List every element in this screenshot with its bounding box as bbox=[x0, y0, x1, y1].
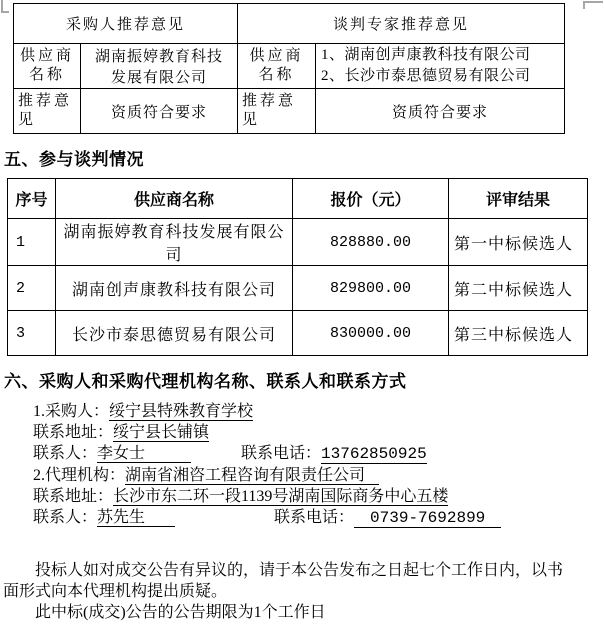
expert-recommended-suppliers: 1、湖南创声康教科技有限公司 2、长沙市泰思德贸易有限公司 bbox=[316, 44, 565, 89]
recommendation-opinion-label: 推荐意见 bbox=[14, 89, 81, 134]
purchaser-phone-value: 13762850925 bbox=[321, 445, 427, 464]
expert-opinion-value: 资质符合要求 bbox=[316, 89, 565, 134]
row-supplier: 湖南创声康教科技有限公司 bbox=[56, 266, 293, 311]
agency-contact-label: 联系人： bbox=[33, 509, 97, 526]
purchaser-recommendation-header: 采购人推荐意见 bbox=[14, 4, 238, 44]
col-header-no: 序号 bbox=[8, 179, 56, 219]
agency-name-value: 湖南省湘咨工程咨询有限责任公司 bbox=[125, 467, 379, 485]
row-result: 第三中标候选人 bbox=[449, 311, 588, 356]
purchaser-address-value: 绥宁县长铺镇 bbox=[113, 424, 209, 442]
agency-contact-value: 苏先生 bbox=[97, 509, 175, 527]
row-price: 830000.00 bbox=[293, 311, 449, 356]
table-row: 2 湖南创声康教科技有限公司 829800.00 第二中标候选人 bbox=[8, 266, 588, 311]
purchaser-name-line: 1.采购人：绥宁县特殊教育学校 bbox=[33, 401, 604, 422]
purchaser-opinion-value: 资质符合要求 bbox=[81, 89, 238, 134]
row-no: 1 bbox=[8, 219, 56, 266]
supplier-name-label: 供应商名称 bbox=[14, 44, 81, 89]
page-corner-mark-left bbox=[1, 0, 9, 13]
recommendation-opinion-label: 推荐意见 bbox=[238, 89, 316, 134]
objection-notice-line2: 面形式向本代理机构提出质疑。 bbox=[3, 581, 604, 602]
purchaser-address-label: 联系地址： bbox=[33, 424, 113, 441]
agency-phone-label: 联系电话： bbox=[274, 509, 354, 526]
table-row: 1 湖南振婷教育科技发展有限公司 828880.00 第一中标候选人 bbox=[8, 219, 588, 266]
document-page: { "recommendation_table": { "purchaser_h… bbox=[0, 0, 604, 635]
row-price: 828880.00 bbox=[293, 219, 449, 266]
row-no: 3 bbox=[8, 311, 56, 356]
agency-address-value: 长沙市东二环一段1139号湖南国际商务中心五楼 bbox=[113, 488, 448, 506]
page-corner-mark-right bbox=[583, 1, 603, 9]
row-result: 第二中标候选人 bbox=[449, 266, 588, 311]
table-row: 供应商名称 湖南振婷教育科技 发展有限公司 供应商名称 1、湖南创声康教科技有限… bbox=[14, 44, 565, 89]
purchaser-contact-value: 李女士 bbox=[97, 445, 191, 463]
agency-address-line: 联系地址：长沙市东二环一段1139号湖南国际商务中心五楼 bbox=[33, 486, 604, 507]
negotiation-table: 序号 供应商名称 报价（元） 评审结果 1 湖南振婷教育科技发展有限公司 828… bbox=[7, 178, 588, 356]
purchaser-address-line: 联系地址：绥宁县长铺镇 bbox=[33, 422, 604, 443]
table-row: 采购人推荐意见 谈判专家推荐意见 bbox=[14, 4, 565, 44]
col-header-supplier: 供应商名称 bbox=[56, 179, 293, 219]
col-header-price: 报价（元） bbox=[293, 179, 449, 219]
agency-phone-value: 0739-7692899 bbox=[354, 509, 501, 528]
table-row: 3 长沙市泰思德贸易有限公司 830000.00 第三中标候选人 bbox=[8, 311, 588, 356]
supplier-name-label: 供应商名称 bbox=[238, 44, 316, 89]
objection-notice-line1: 投标人如对成交公告有异议的，请于本公告发布之日起七个工作日内，以书 bbox=[3, 560, 604, 581]
row-result: 第一中标候选人 bbox=[449, 219, 588, 266]
purchaser-recommended-supplier: 湖南振婷教育科技 发展有限公司 bbox=[81, 44, 238, 89]
purchaser-contact-label: 联系人： bbox=[33, 445, 97, 462]
agency-contact-line: 联系人：苏先生联系电话：0739-7692899 bbox=[33, 507, 604, 529]
announcement-period-line: 此中标(成交)公告的公告期限为1个工作日 bbox=[3, 602, 604, 623]
recommendation-table: 采购人推荐意见 谈判专家推荐意见 供应商名称 湖南振婷教育科技 发展有限公司 供… bbox=[13, 3, 565, 134]
section5-title: 五、参与谈判情况 bbox=[4, 145, 604, 170]
purchaser-name-label: 1.采购人： bbox=[33, 403, 109, 420]
agency-address-label: 联系地址： bbox=[33, 488, 113, 505]
purchaser-name-value: 绥宁县特殊教育学校 bbox=[109, 403, 253, 421]
purchaser-contact-line: 联系人：李女士联系电话：13762850925 bbox=[33, 443, 604, 465]
agency-name-label: 2.代理机构： bbox=[33, 467, 125, 484]
table-header-row: 序号 供应商名称 报价（元） 评审结果 bbox=[8, 179, 588, 219]
col-header-result: 评审结果 bbox=[449, 179, 588, 219]
agency-name-line: 2.代理机构：湖南省湘咨工程咨询有限责任公司 bbox=[33, 465, 604, 486]
row-supplier: 湖南振婷教育科技发展有限公司 bbox=[56, 219, 293, 266]
row-supplier: 长沙市泰思德贸易有限公司 bbox=[56, 311, 293, 356]
closing-paragraph: 投标人如对成交公告有异议的，请于本公告发布之日起七个工作日内，以书 面形式向本代… bbox=[3, 560, 604, 623]
row-price: 829800.00 bbox=[293, 266, 449, 311]
table-row: 推荐意见 资质符合要求 推荐意见 资质符合要求 bbox=[14, 89, 565, 134]
section6-title: 六、采购人和采购代理机构名称、联系人和联系方式 bbox=[4, 367, 604, 392]
expert-recommendation-header: 谈判专家推荐意见 bbox=[238, 4, 565, 44]
row-no: 2 bbox=[8, 266, 56, 311]
contact-block: 1.采购人：绥宁县特殊教育学校 联系地址：绥宁县长铺镇 联系人：李女士联系电话：… bbox=[33, 401, 604, 529]
purchaser-phone-label: 联系电话： bbox=[241, 445, 321, 462]
